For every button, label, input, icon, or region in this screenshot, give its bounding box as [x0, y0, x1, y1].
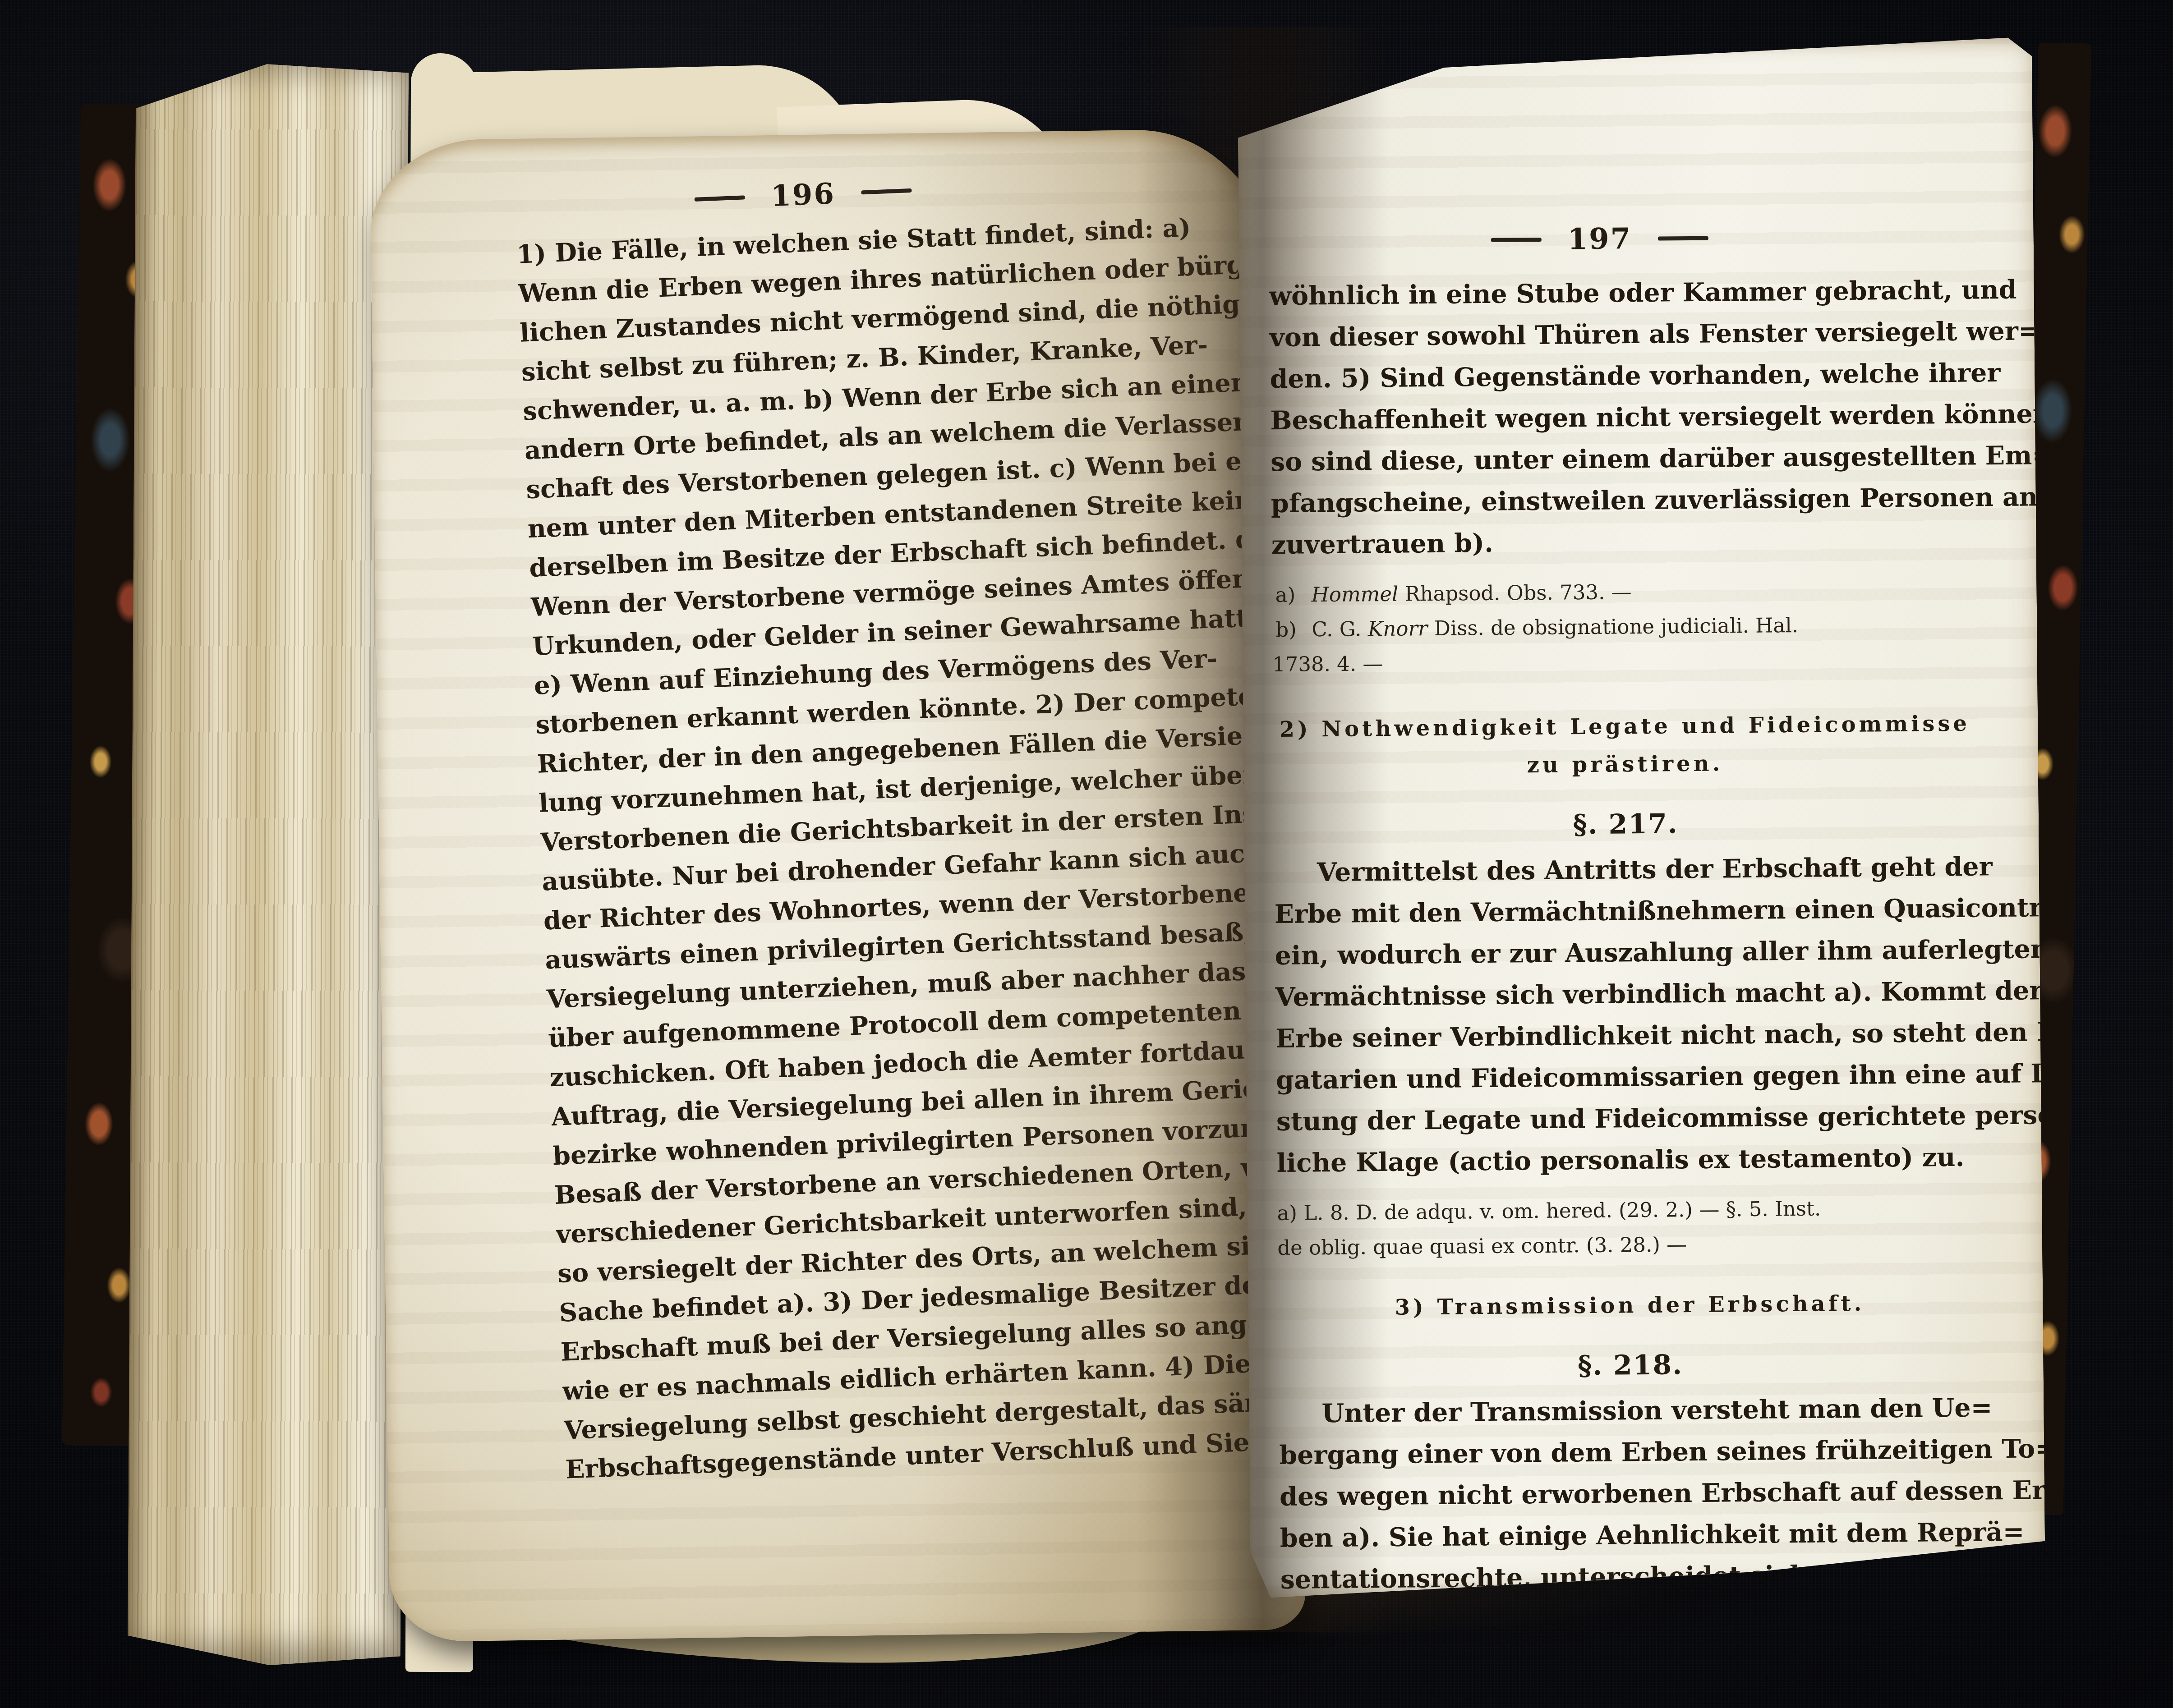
text-line: liche Klage (actio personalis ex testame… [1276, 1136, 1980, 1184]
right-page-number: 197 [1567, 222, 1632, 256]
section-217: §. 217. [1274, 797, 1978, 853]
footnote-block-1: a)Hommel Rhapsod. Obs. 733. — b)C. G. Kn… [1271, 572, 1976, 682]
text-line: ein, wodurch er zur Auszahlung aller ihm… [1275, 929, 1979, 977]
footnote-a2-continuation: de oblig. quae quasi ex contr. (3. 28.) … [1277, 1224, 1981, 1265]
text-line: den. 5) Sind Gegenstände vorhanden, welc… [1270, 353, 1974, 400]
text-line: Erbe mit den Vermächtnißnehmern einen Qu… [1274, 887, 1978, 935]
section-218: §. 218. [1278, 1337, 1982, 1393]
footnote-b-continuation: 1738. 4. — [1272, 641, 1976, 682]
subheading-2-line2: zu prästiren. [1273, 743, 1977, 787]
text-line: von dieser sowohl Thüren als Fenster ver… [1269, 311, 1973, 359]
left-page-number: 196 [770, 177, 836, 213]
footnote-a: a)Hommel Rhapsod. Obs. 733. — [1271, 572, 1975, 613]
right-page-header: 197 [1239, 219, 1961, 259]
text-line: Beschaffenheit wegen nicht versiegelt we… [1270, 394, 1974, 442]
footnote-marker: b) [1272, 612, 1312, 647]
footnote-b: b)C. G. Knorr Diss. de obsignatione judi… [1272, 606, 1976, 647]
right-page-text-block: wöhnlich in eine Stube oder Kammer gebra… [1269, 270, 1984, 1601]
header-rule-left [694, 195, 745, 202]
page-block-fore-edge [128, 57, 409, 1666]
right-page: 197 wöhnlich in eine Stube oder Kammer g… [1237, 34, 2045, 1598]
header-rule-right [861, 188, 912, 195]
book-photograph: { "photo": { "left_page": { "page_number… [0, 0, 2173, 1708]
text-line: Vermittelst des Antritts der Erbschaft g… [1274, 846, 1978, 894]
text-line: des wegen nicht erworbenen Erbschaft auf… [1280, 1470, 1984, 1518]
text-line: stung der Legate und Fideicommisse geric… [1276, 1095, 1980, 1143]
footnote-a2: a) L. 8. D. de adqu. v. om. hered. (29. … [1277, 1189, 1981, 1230]
text-line: bergang einer von dem Erben seines frühz… [1279, 1428, 1983, 1476]
text-line: Unter der Transmission versteht man den … [1279, 1387, 1983, 1435]
text-line: wöhnlich in eine Stube oder Kammer gebra… [1269, 270, 1973, 317]
header-rule-right [1658, 236, 1708, 241]
footnote-marker: a) [1271, 577, 1312, 612]
text-line: Vermächtnisse sich verbindlich macht a).… [1275, 970, 1979, 1018]
text-line: pfangscheine, einstweilen zuverlässigen … [1271, 477, 1975, 525]
footnote-author: Knorr [1368, 616, 1428, 641]
header-rule-left [1491, 238, 1542, 242]
text-line: gatarien und Fideicommissarien gegen ihn… [1276, 1053, 1980, 1101]
footnote-author: Hommel [1311, 582, 1398, 607]
subheading-3: 3) Transmission der Erbschaft. [1278, 1283, 1982, 1327]
footnote-block-2: a) L. 8. D. de adqu. v. om. hered. (29. … [1277, 1189, 1981, 1265]
footnote-text: Rhapsod. Obs. 733. — [1404, 580, 1631, 606]
left-page-text-block: 1) Die Fälle, in welchen sie Statt finde… [516, 199, 1306, 1569]
subheading-2: 2) Nothwendigkeit Legate und Fideicommis… [1273, 705, 1977, 749]
footnote-author-prefix: C. G. [1312, 617, 1362, 641]
left-page: 196 1) Die Fälle, in welchen sie Statt f… [369, 128, 1306, 1642]
footnote-text: Diss. de obsignatione judiciali. Hal. [1434, 613, 1799, 640]
text-line: Erbe seiner Verbindlichkeit nicht nach, … [1275, 1012, 1980, 1060]
text-line: zuvertrauen b). [1271, 519, 1975, 566]
text-line: so sind diese, unter einem darüber ausge… [1271, 436, 1975, 483]
text-line: ben a). Sie hat einige Aehnlichkeit mit … [1280, 1511, 1984, 1559]
